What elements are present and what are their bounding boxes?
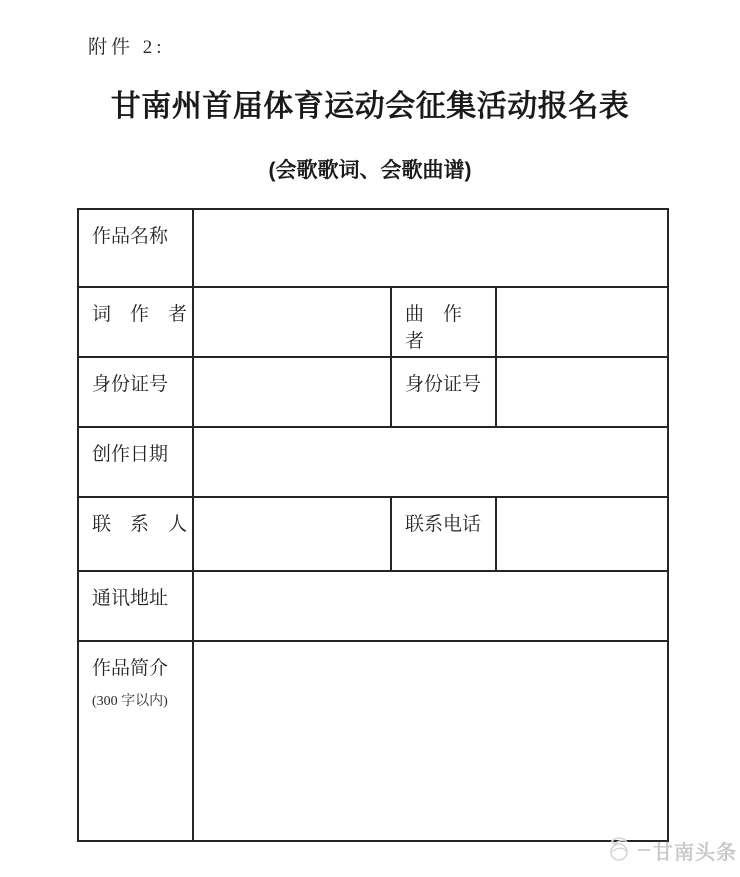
watermark: 甘南头条 [603, 833, 737, 867]
page-subtitle: (会歌歌词、会歌曲谱) [0, 154, 740, 184]
lyricist-value-cell [193, 287, 391, 357]
watermark-text: 甘南头条 [653, 836, 737, 865]
contact-phone-value-cell [496, 497, 668, 571]
document-page: 附件 2: 甘南州首届体育运动会征集活动报名表 (会歌歌词、会歌曲谱) 作品名称… [0, 0, 740, 877]
table-row: 作品简介 (300 字以内) [78, 641, 668, 841]
lyricist-id-value-cell [193, 357, 391, 427]
work-title-label: 作品名称 [78, 209, 193, 287]
table-row: 创作日期 [78, 427, 668, 497]
table-row: 身份证号 身份证号 [78, 357, 668, 427]
lyricist-id-label: 身份证号 [78, 357, 193, 427]
composer-id-value-cell [496, 357, 668, 427]
creation-date-value-cell [193, 427, 668, 497]
work-intro-label: 作品简介 (300 字以内) [78, 641, 193, 841]
contact-person-label: 联 系 人 [78, 497, 193, 571]
table-row: 作品名称 [78, 209, 668, 287]
composer-id-label: 身份证号 [391, 357, 496, 427]
attachment-label: 附件 2: [88, 32, 166, 59]
table-row: 词 作 者 曲 作 者 [78, 287, 668, 357]
creation-date-label: 创作日期 [78, 427, 193, 497]
page-title: 甘南州首届体育运动会征集活动报名表 [0, 81, 740, 125]
lyricist-label: 词 作 者 [78, 287, 193, 357]
registration-form-table: 作品名称 词 作 者 曲 作 者 身份证号 身份证号 创作日期 联 系 人 [77, 208, 669, 842]
work-intro-value-cell [193, 641, 668, 841]
watermark-logo-icon [603, 833, 637, 867]
table-row: 联 系 人 联系电话 [78, 497, 668, 571]
composer-value-cell [496, 287, 668, 357]
table-row: 通讯地址 [78, 571, 668, 641]
contact-person-value-cell [193, 497, 391, 571]
contact-phone-label: 联系电话 [391, 497, 496, 571]
watermark-dash [638, 849, 650, 851]
work-intro-label-text: 作品简介 [92, 658, 168, 679]
composer-label: 曲 作 者 [391, 287, 496, 357]
work-title-value-cell [193, 209, 668, 287]
work-intro-note: (300 字以内) [92, 690, 188, 710]
mailing-address-label: 通讯地址 [78, 571, 193, 641]
mailing-address-value-cell [193, 571, 668, 641]
